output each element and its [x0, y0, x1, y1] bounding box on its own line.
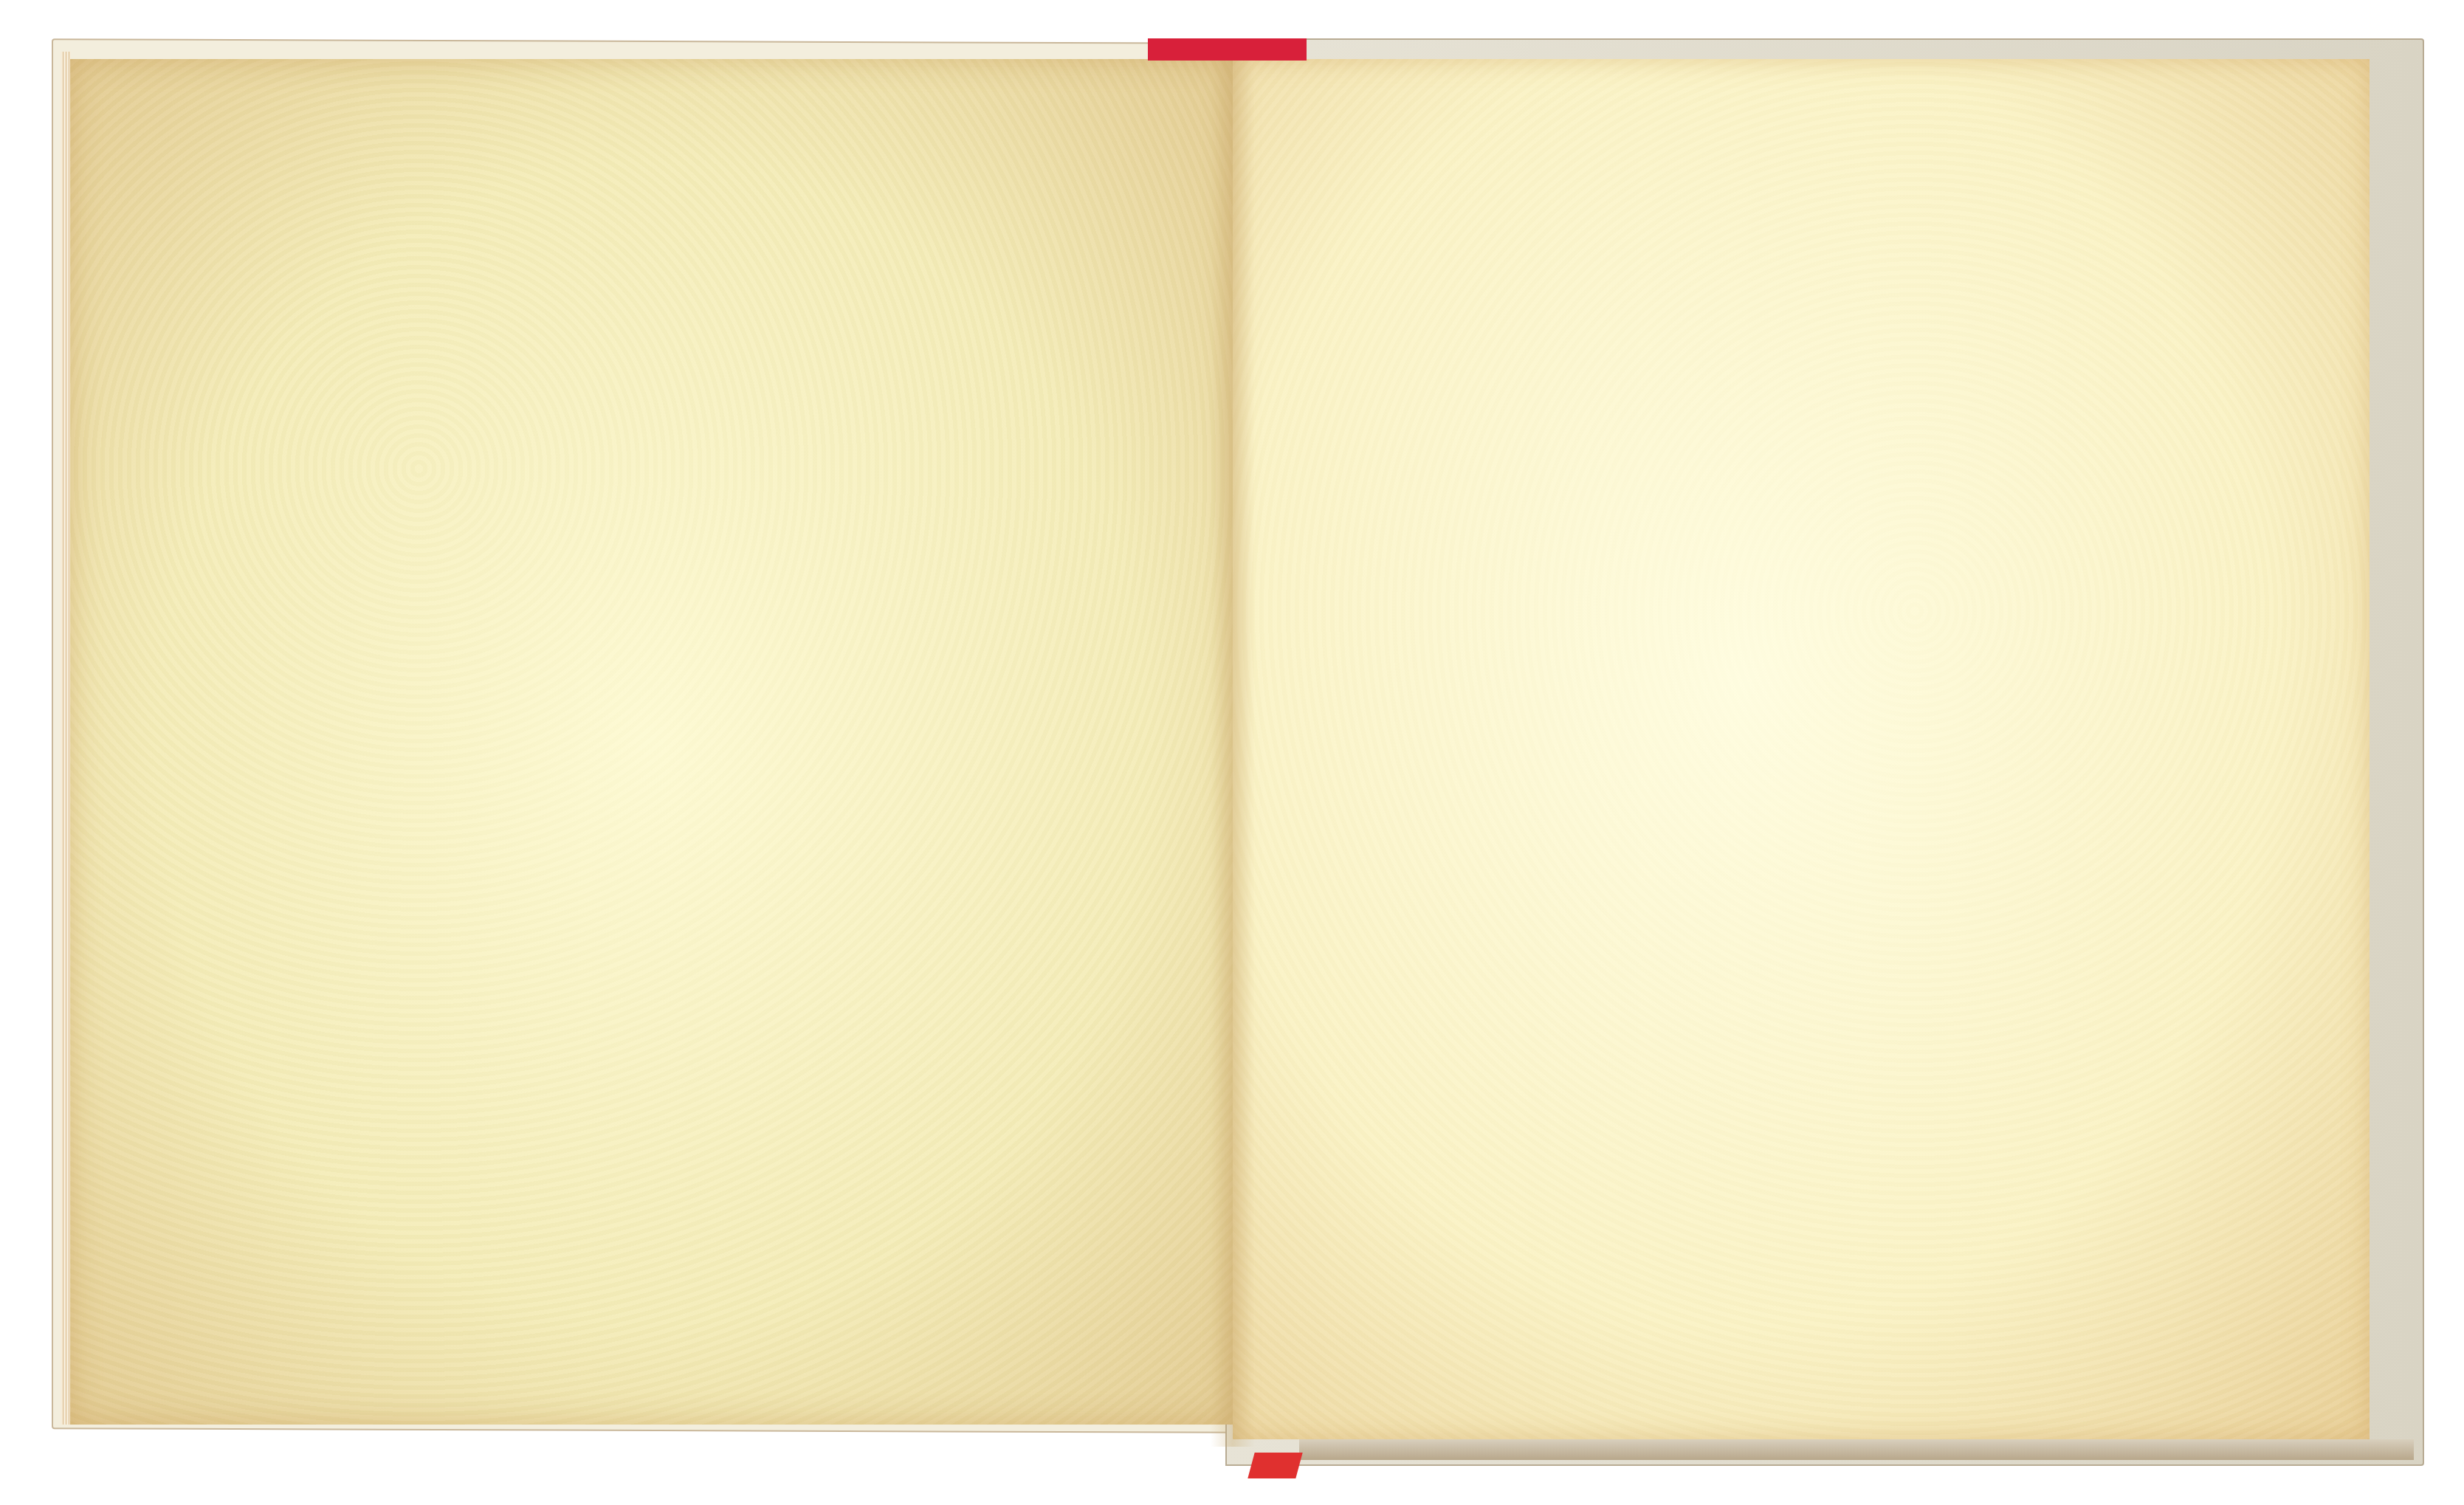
spine-bottom-red-band	[1248, 1453, 1302, 1478]
left-page	[70, 59, 1233, 1425]
page-edges	[61, 52, 71, 1425]
book-gutter	[1211, 59, 1255, 1447]
right-page	[1233, 59, 2370, 1439]
open-book	[0, 0, 2464, 1505]
bottom-cover-edge	[1299, 1439, 2414, 1460]
spine-top-red-band	[1148, 38, 1307, 61]
